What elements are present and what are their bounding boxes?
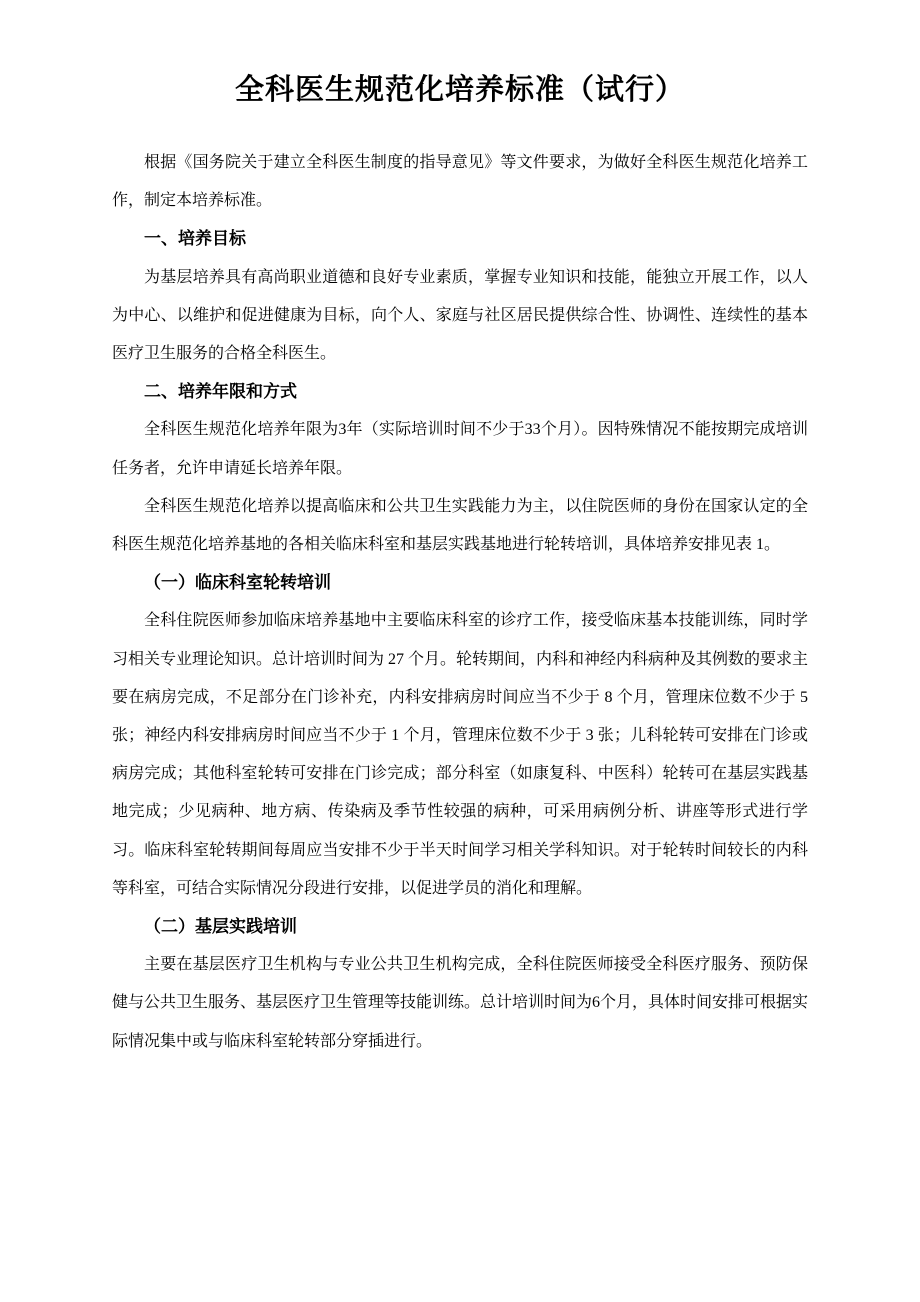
paragraph-duration: 全科医生规范化培养年限为3年（实际培训时间不少于33个月）。因特殊情况不能按期完…: [112, 411, 808, 487]
document-title: 全科医生规范化培养标准（试行）: [112, 70, 808, 110]
heading-section-2-duration-and-mode: 二、培养年限和方式: [112, 373, 808, 411]
paragraph-clinical-rotation-detail: 全科住院医师参加临床培养基地中主要临床科室的诊疗工作，接受临床基本技能训练，同时…: [112, 602, 808, 908]
heading-subsection-1-clinical-rotation: （一）临床科室轮转培训: [112, 564, 808, 602]
document-body: 根据《国务院关于建立全科医生制度的指导意见》等文件要求，为做好全科医生规范化培养…: [112, 144, 808, 1061]
heading-subsection-2-community-practice: （二）基层实践培训: [112, 908, 808, 946]
paragraph-training-goal: 为基层培养具有高尚职业道德和良好专业素质，掌握专业知识和技能，能独立开展工作，以…: [112, 259, 808, 374]
document-page: 全科医生规范化培养标准（试行） 根据《国务院关于建立全科医生制度的指导意见》等文…: [0, 0, 920, 1302]
paragraph-rotation-overview: 全科医生规范化培养以提高临床和公共卫生实践能力为主，以住院医师的身份在国家认定的…: [112, 488, 808, 564]
paragraph-community-practice-detail: 主要在基层医疗卫生机构与专业公共卫生机构完成，全科住院医师接受全科医疗服务、预防…: [112, 946, 808, 1061]
heading-section-1-training-goal: 一、培养目标: [112, 220, 808, 258]
paragraph-intro: 根据《国务院关于建立全科医生制度的指导意见》等文件要求，为做好全科医生规范化培养…: [112, 144, 808, 220]
